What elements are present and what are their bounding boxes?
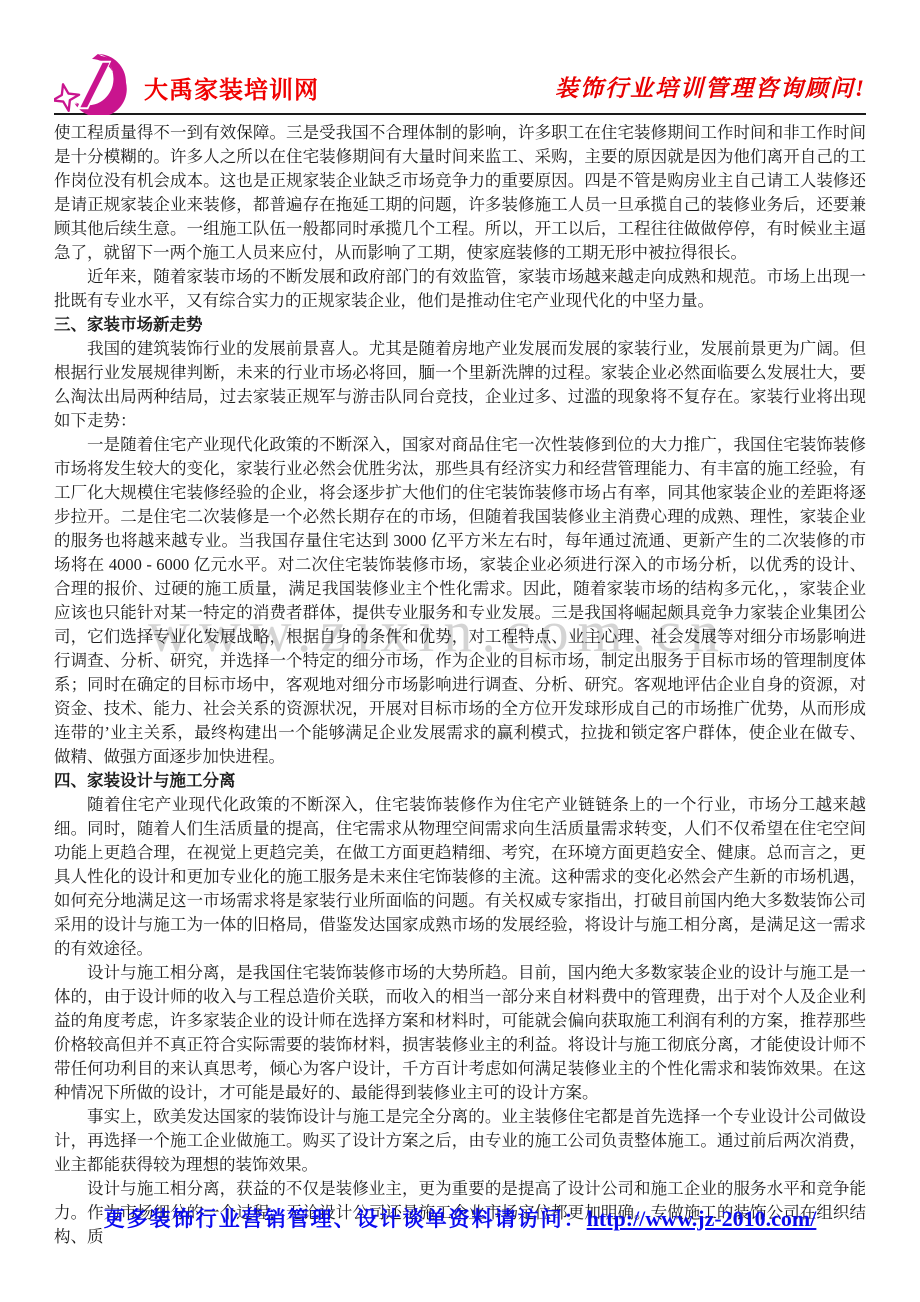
body-paragraph: 使工程质量得不一到有效保障。三是受我国不合理体制的影响，许多职工在住宅装修期间工… bbox=[54, 121, 866, 265]
page-footer: 更多装饰行业营销管理、设计谈单资料请访问：http://www.jz-2010.… bbox=[0, 1203, 920, 1233]
dayu-d-star-logo-icon bbox=[54, 53, 130, 115]
page-header: 大禹家装培训网 装饰行业培训管理咨询顾问! bbox=[54, 52, 866, 115]
body-paragraph: 我国的建筑装饰行业的发展前景喜人。尤其是随着房地产业发展而发展的家装行业，发展前… bbox=[54, 337, 866, 433]
document-body: 使工程质量得不一到有效保障。三是受我国不合理体制的影响，许多职工在住宅装修期间工… bbox=[54, 121, 866, 1249]
footer-link[interactable]: http://www.jz-2010.com/ bbox=[587, 1206, 817, 1231]
body-paragraph: 一是随着住宅产业现代化政策的不断深入，国家对商品住宅一次性装修到位的大力推广，我… bbox=[54, 433, 866, 769]
brand-title: 大禹家装培训网 bbox=[144, 70, 319, 105]
footer-label: 更多装饰行业营销管理、设计谈单资料请访问： bbox=[104, 1207, 587, 1231]
section-heading: 四、家装设计与施工分离 bbox=[54, 769, 866, 793]
body-paragraph: 近年来，随着家装市场的不断发展和政府部门的有效监管，家装市场越来越走向成熟和规范… bbox=[54, 265, 866, 313]
document-page: 大禹家装培训网 装饰行业培训管理咨询顾问! www.zixin.com.cn 使… bbox=[0, 0, 920, 1302]
body-paragraph: 设计与施工相分离，是我国住宅装饰装修市场的大势所趋。目前，国内绝大多数家装企业的… bbox=[54, 961, 866, 1105]
header-slogan: 装饰行业培训管理咨询顾问! bbox=[555, 70, 866, 103]
body-paragraph: 事实上，欧美发达国家的装饰设计与施工是完全分离的。业主装修住宅都是首先选择一个专… bbox=[54, 1105, 866, 1177]
section-heading: 三、家装市场新走势 bbox=[54, 313, 866, 337]
body-paragraph: 随着住宅产业现代化政策的不断深入，住宅装饰装修作为住宅产业链链条上的一个行业，市… bbox=[54, 793, 866, 961]
